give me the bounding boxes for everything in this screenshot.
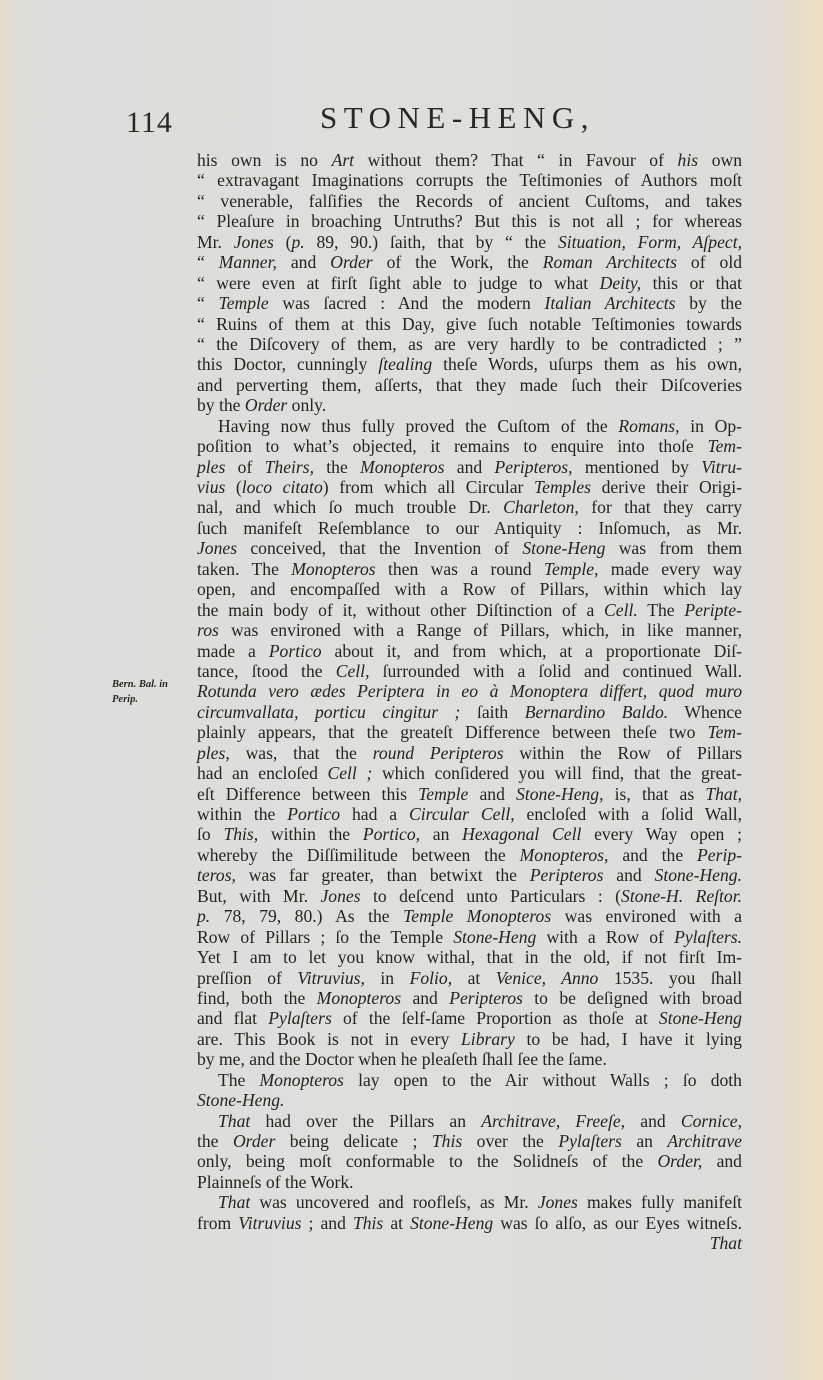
text-line: preſſion of Vitruvius, in Folio, at Veni… xyxy=(197,968,742,988)
italic-text: Portico xyxy=(287,804,340,824)
roman-text: mentioned by xyxy=(573,457,702,477)
roman-text: and xyxy=(625,1111,681,1131)
italic-text: That, xyxy=(705,784,742,804)
italic-text: Romans, xyxy=(618,416,679,436)
roman-text: “ extravagant Imaginations corrupts the … xyxy=(197,170,742,190)
roman-text: and the xyxy=(608,845,697,865)
roman-text: over the xyxy=(462,1131,558,1151)
italic-text: Deity, xyxy=(600,273,642,293)
italic-text: Monopteros, xyxy=(520,845,609,865)
roman-text: had a xyxy=(340,804,409,824)
roman-text: are. This Book is not in every xyxy=(197,1029,461,1049)
italic-text: Situation, Form, Aſpect, xyxy=(558,232,742,252)
roman-text: ſo xyxy=(197,824,223,844)
italic-text: Vitruvius, xyxy=(297,968,365,988)
italic-text: Theirs, xyxy=(265,457,314,477)
italic-text: teros, xyxy=(197,865,236,885)
italic-text: Perip- xyxy=(697,845,742,865)
running-title: STONE-HENG, xyxy=(320,100,595,136)
text-line: from Vitruvius ; and This at Stone-Heng … xyxy=(197,1213,742,1233)
text-line: the Order being delicate ; This over the… xyxy=(197,1131,742,1151)
roman-text: is, that as xyxy=(604,784,706,804)
italic-text: Architrave xyxy=(667,1131,742,1151)
text-line: open, and encompaſſed with a Row of Pill… xyxy=(197,579,742,599)
roman-text: preſſion of xyxy=(197,968,297,988)
italic-text: Stone-Heng. xyxy=(197,1090,284,1110)
roman-text: ſurrounded with a ſolid and continued Wa… xyxy=(369,661,742,681)
text-line: by me, and the Doctor when he pleaſeth ſ… xyxy=(197,1049,742,1069)
roman-text: “ venerable, falſifies the Records of an… xyxy=(197,191,742,211)
italic-text: Order xyxy=(330,252,372,272)
italic-text: Order, xyxy=(657,1151,702,1171)
italic-text: Circular Cell, xyxy=(409,804,515,824)
italic-text: p. xyxy=(197,906,210,926)
text-line: “ Temple was ſacred : And the modern Ita… xyxy=(197,293,742,313)
italic-text: p. xyxy=(291,232,304,252)
text-line: Yet I am to let you know withal, that in… xyxy=(197,947,742,967)
italic-text: Order xyxy=(245,395,287,415)
roman-text: this Doctor, cunningly xyxy=(197,354,378,374)
roman-text: and perverting them, aſſerts, that they … xyxy=(197,375,742,395)
roman-text: at xyxy=(383,1213,410,1233)
italic-text: ples xyxy=(197,743,225,763)
page-number: 114 xyxy=(126,106,173,140)
text-line: That was uncovered and roofleſs, as Mr. … xyxy=(197,1192,742,1212)
text-line: the main body of it, without other Diſti… xyxy=(197,600,742,620)
text-line: Jones conceived, that the Invention of S… xyxy=(197,538,742,558)
roman-text: Mr. xyxy=(197,232,234,252)
italic-text: Vitru- xyxy=(701,457,742,477)
roman-text: within the xyxy=(197,804,287,824)
italic-text: Peripteros xyxy=(530,865,604,885)
italic-text: Cell. xyxy=(604,600,638,620)
italic-text: round Peripteros xyxy=(373,743,504,763)
book-page: 114 STONE-HENG, Bern. Bal. in Perip. his… xyxy=(0,0,823,1380)
italic-text: Temple, xyxy=(544,559,599,579)
italic-text: his xyxy=(678,150,699,170)
text-line: Plainneſs of the Work. xyxy=(197,1172,742,1192)
text-line: find, both the Monopteros and Peripteros… xyxy=(197,988,742,1008)
roman-text: only, being moſt conformable to the Soli… xyxy=(197,1151,657,1171)
italic-text: That xyxy=(710,1233,742,1253)
roman-text: of xyxy=(225,457,264,477)
roman-text: 89, 90.) ſaith, that by “ the xyxy=(305,232,558,252)
roman-text: was ſacred : And the modern xyxy=(269,293,545,313)
italic-text: Stone-Heng. xyxy=(655,865,742,885)
roman-text: and xyxy=(702,1151,742,1171)
italic-text: Stone-Heng xyxy=(659,1008,742,1028)
text-line: ros was environed with a Range of Pillar… xyxy=(197,620,742,640)
roman-text: from xyxy=(197,1213,238,1233)
italic-text: Temple xyxy=(418,784,468,804)
text-line: p. 78, 79, 80.) As the Temple Monopteros… xyxy=(197,906,742,926)
italic-text: ſtealing xyxy=(378,354,432,374)
roman-text: makes fully manifeſt xyxy=(578,1192,742,1212)
roman-text: had over the Pillars an xyxy=(250,1111,481,1131)
roman-text: to deſcend unto Particulars : ( xyxy=(361,886,622,906)
roman-text: was environed with a xyxy=(551,906,742,926)
text-line: circumvallata, porticu cingitur ; ſaith … xyxy=(197,702,742,722)
roman-text: plainly appears, that the greateſt Diffe… xyxy=(197,722,707,742)
text-line: teros, was far greater, than betwixt the… xyxy=(197,865,742,885)
italic-text: Monopteros xyxy=(291,559,375,579)
roman-text: lay open to the Air without Walls ; ſo d… xyxy=(344,1070,742,1090)
italic-text: Peripteros, xyxy=(494,457,572,477)
italic-text: Peripteros xyxy=(449,988,523,1008)
roman-text: was environed with a Range of Pillars, w… xyxy=(219,620,742,640)
roman-text: and flat xyxy=(197,1008,268,1028)
text-line: eſt Difference between this Temple and S… xyxy=(197,784,742,804)
roman-text: But, with Mr. xyxy=(197,886,320,906)
roman-text: “ Pleaſure in broaching Untruths? But th… xyxy=(197,211,742,231)
roman-text: had an encloſed xyxy=(197,763,328,783)
text-line: are. This Book is not in every Library t… xyxy=(197,1029,742,1049)
roman-text: theſe Words, uſurps them as his own, xyxy=(432,354,742,374)
roman-text: and xyxy=(277,252,330,272)
margin-note-line: Perip. xyxy=(112,692,192,707)
italic-text: Bernardino Baldo. xyxy=(525,702,668,722)
roman-text: was from them xyxy=(605,538,742,558)
roman-text: encloſed with a ſolid Wall, xyxy=(515,804,742,824)
italic-text: Stone-Heng xyxy=(453,927,536,947)
roman-text: about it, and from which, at a proportio… xyxy=(322,641,742,661)
roman-text: of old xyxy=(677,252,742,272)
roman-text: open, and encompaſſed with a Row of Pill… xyxy=(197,579,742,599)
roman-text: tance, ſtood the xyxy=(197,661,336,681)
text-line: “ venerable, falſifies the Records of an… xyxy=(197,191,742,211)
italic-text: Cell, xyxy=(336,661,370,681)
roman-text: Yet I am to let you know withal, that in… xyxy=(197,947,742,967)
roman-text: made a xyxy=(197,641,269,661)
text-line: made a Portico about it, and from which,… xyxy=(197,641,742,661)
italic-text: This xyxy=(353,1213,383,1233)
roman-text: The xyxy=(218,1070,260,1090)
italic-text: Temple xyxy=(219,293,269,313)
text-line: “ were even at firſt ſight able to judge… xyxy=(197,273,742,293)
italic-text: Pylaſters xyxy=(558,1131,622,1151)
text-line: whereby the Diſſimilitude between the Mo… xyxy=(197,845,742,865)
italic-text: Italian Architects xyxy=(545,293,676,313)
italic-text: Vitruvius xyxy=(238,1213,301,1233)
roman-text: ſuch manifeſt Reſemblance to our Antiqui… xyxy=(197,518,742,538)
italic-text: Monopteros xyxy=(260,1070,344,1090)
italic-text: Temple Monopteros xyxy=(403,906,551,926)
italic-text: Stone-H. Reſtor. xyxy=(621,886,742,906)
italic-text: This xyxy=(432,1131,462,1151)
text-line: “ the Diſcovery of them, as are very har… xyxy=(197,334,742,354)
margin-note: Bern. Bal. in Perip. xyxy=(112,677,192,707)
italic-text: Art xyxy=(332,150,354,170)
roman-text: his own is no xyxy=(197,150,332,170)
italic-text: Pylaſters. xyxy=(674,927,742,947)
text-line: ples of Theirs, the Monopteros and Perip… xyxy=(197,457,742,477)
italic-text: loco citato xyxy=(242,477,323,497)
roman-text: and xyxy=(444,457,494,477)
roman-text: “ were even at firſt ſight able to judge… xyxy=(197,273,600,293)
text-line: tance, ſtood the Cell, ſurrounded with a… xyxy=(197,661,742,681)
roman-text: made every way xyxy=(598,559,742,579)
italic-text: Jones xyxy=(320,886,360,906)
roman-text: Plainneſs of the Work. xyxy=(197,1172,354,1192)
italic-text: Architrave, Freeſe, xyxy=(481,1111,625,1131)
roman-text: was uncovered and roofleſs, as Mr. xyxy=(250,1192,538,1212)
text-line: by the Order only. xyxy=(197,395,742,415)
text-line: plainly appears, that the greateſt Diffe… xyxy=(197,722,742,742)
roman-text: , was, that the xyxy=(225,743,372,763)
italic-text: Stone-Heng, xyxy=(516,784,603,804)
roman-text: ( xyxy=(225,477,241,497)
text-line: poſition to what’s objected, it remains … xyxy=(197,436,742,456)
text-line: and flat Pylaſters of the ſelf-ſame Prop… xyxy=(197,1008,742,1028)
roman-text: in Op- xyxy=(680,416,743,436)
roman-text: own xyxy=(698,150,742,170)
roman-text: the main body of it, without other Diſti… xyxy=(197,600,604,620)
roman-text: to be had, I have it lying xyxy=(515,1029,742,1049)
italic-text: Stone-Heng xyxy=(522,538,605,558)
roman-text: Having now thus fully proved the Cuſtom … xyxy=(218,416,618,436)
roman-text: derive their Origi- xyxy=(591,477,742,497)
roman-text: conceived, that the Invention of xyxy=(237,538,522,558)
italic-text: Stone-Heng xyxy=(410,1213,493,1233)
roman-text: the xyxy=(197,1131,233,1151)
text-line: within the Portico had a Circular Cell, … xyxy=(197,804,742,824)
roman-text: ) from which all Circular xyxy=(323,477,534,497)
italic-text: ros xyxy=(197,620,219,640)
text-line: The Monopteros lay open to the Air witho… xyxy=(197,1070,742,1090)
roman-text: by the xyxy=(197,395,245,415)
roman-text: by the xyxy=(675,293,742,313)
text-line: Mr. Jones (p. 89, 90.) ſaith, that by “ … xyxy=(197,232,742,252)
roman-text: Whence xyxy=(668,702,742,722)
italic-text: Hexagonal Cell xyxy=(462,824,581,844)
text-line: That had over the Pillars an Architrave,… xyxy=(197,1111,742,1131)
text-line: “ Manner, and Order of the Work, the Rom… xyxy=(197,252,742,272)
roman-text: nal, and which ſo much trouble Dr. xyxy=(197,497,503,517)
italic-text: Monopteros xyxy=(360,457,444,477)
roman-text: ſaith xyxy=(460,702,524,722)
roman-text: eſt Difference between this xyxy=(197,784,418,804)
roman-text: within the Row of Pillars xyxy=(504,743,742,763)
text-line: his own is no Art without them? That “ i… xyxy=(197,150,742,170)
text-line: ſuch manifeſt Reſemblance to our Antiqui… xyxy=(197,518,742,538)
roman-text: of the Work, the xyxy=(373,252,543,272)
text-line: Row of Pillars ; ſo the Temple Stone-Hen… xyxy=(197,927,742,947)
text-line: ples, was, that the round Peripteros wit… xyxy=(197,743,742,763)
text-line: vius (loco citato) from which all Circul… xyxy=(197,477,742,497)
text-line: Rotunda vero ædes Periptera in eo à Mono… xyxy=(197,681,742,701)
italic-text: circumvallata, porticu cingitur ; xyxy=(197,702,460,722)
roman-text: 78, 79, 80.) As the xyxy=(210,906,403,926)
italic-text: Portico, xyxy=(363,824,420,844)
text-line: But, with Mr. Jones to deſcend unto Part… xyxy=(197,886,742,906)
roman-text: then was a round xyxy=(376,559,544,579)
italic-text: Portico xyxy=(269,641,322,661)
roman-text: “ xyxy=(197,252,219,272)
catchword: That xyxy=(197,1233,742,1253)
italic-text: Library xyxy=(461,1029,515,1049)
italic-text: Temples xyxy=(534,477,591,497)
italic-text: This, xyxy=(223,824,258,844)
text-line: “ extravagant Imaginations corrupts the … xyxy=(197,170,742,190)
italic-text: Peripte- xyxy=(684,600,742,620)
roman-text: and xyxy=(468,784,516,804)
italic-text: vius xyxy=(197,477,225,497)
text-line: had an encloſed Cell ; which conſidered … xyxy=(197,763,742,783)
italic-text: Order xyxy=(233,1131,275,1151)
roman-text: Row of Pillars ; ſo the Temple xyxy=(197,927,453,947)
roman-text: “ the Diſcovery of them, as are very har… xyxy=(197,334,742,354)
roman-text: The xyxy=(638,600,685,620)
italic-text: Jones xyxy=(234,232,274,252)
roman-text: of the ſelf-ſame Proportion as thoſe at xyxy=(332,1008,659,1028)
roman-text: without them? That “ in Favour of xyxy=(354,150,677,170)
roman-text: within the xyxy=(258,824,363,844)
roman-text: ( xyxy=(274,232,292,252)
roman-text: the xyxy=(314,457,360,477)
roman-text: was far greater, than betwixt the xyxy=(236,865,530,885)
italic-text: That xyxy=(218,1192,250,1212)
roman-text: an xyxy=(622,1131,668,1151)
roman-text: “ xyxy=(197,293,219,313)
text-line: Stone-Heng. xyxy=(197,1090,742,1110)
roman-text: being delicate ; xyxy=(275,1131,432,1151)
text-line: and perverting them, aſſerts, that they … xyxy=(197,375,742,395)
roman-text: poſition to what’s objected, it remains … xyxy=(197,436,707,456)
italic-text: Tem- xyxy=(707,436,742,456)
roman-text: ; and xyxy=(301,1213,352,1233)
italic-text: Jones xyxy=(197,538,237,558)
roman-text: an xyxy=(420,824,462,844)
italic-text: Cell ; xyxy=(328,763,373,783)
roman-text: taken. The xyxy=(197,559,291,579)
roman-text: with a Row of xyxy=(536,927,674,947)
roman-text: this or that xyxy=(641,273,742,293)
roman-text: was ſo alſo, as our Eyes witneſs. xyxy=(493,1213,742,1233)
italic-text: Folio, xyxy=(410,968,453,988)
roman-text: only. xyxy=(287,395,326,415)
text-line: this Doctor, cunningly ſtealing theſe Wo… xyxy=(197,354,742,374)
italic-text: Roman Architects xyxy=(543,252,677,272)
italic-text: Cornice, xyxy=(681,1111,742,1131)
roman-text: and xyxy=(401,988,449,1008)
text-line: nal, and which ſo much trouble Dr. Charl… xyxy=(197,497,742,517)
text-line: “ Pleaſure in broaching Untruths? But th… xyxy=(197,211,742,231)
italic-text: Rotunda vero ædes Periptera in eo à Mono… xyxy=(197,681,742,701)
text-line: Having now thus fully proved the Cuſtom … xyxy=(197,416,742,436)
roman-text: find, both the xyxy=(197,988,317,1008)
roman-text: in xyxy=(365,968,410,988)
italic-text: Jones xyxy=(538,1192,578,1212)
roman-text: at xyxy=(452,968,496,988)
margin-note-line: Bern. Bal. in xyxy=(112,677,192,692)
roman-text: 1535. you ſhall xyxy=(598,968,742,988)
roman-text: and xyxy=(603,865,654,885)
italic-text: Venice, Anno xyxy=(496,968,599,988)
italic-text: Tem- xyxy=(707,722,742,742)
roman-text: to be deſigned with broad xyxy=(523,988,742,1008)
text-line: only, being moſt conformable to the Soli… xyxy=(197,1151,742,1171)
body-text: his own is no Art without them? That “ i… xyxy=(197,150,742,1254)
roman-text: every Way open ; xyxy=(581,824,742,844)
italic-text: That xyxy=(218,1111,250,1131)
roman-text: by me, and the Doctor when he pleaſeth ſ… xyxy=(197,1049,607,1069)
roman-text: which conſidered you will find, that the… xyxy=(372,763,742,783)
roman-text: for that they carry xyxy=(579,497,742,517)
italic-text: Pylaſters xyxy=(268,1008,332,1028)
italic-text: Charleton, xyxy=(503,497,579,517)
text-line: ſo This, within the Portico, an Hexagona… xyxy=(197,824,742,844)
text-line: “ Ruins of them at this Day, give ſuch n… xyxy=(197,314,742,334)
italic-text: Manner, xyxy=(219,252,277,272)
roman-text: “ Ruins of them at this Day, give ſuch n… xyxy=(197,314,742,334)
italic-text: Monopteros xyxy=(317,988,401,1008)
roman-text: whereby the Diſſimilitude between the xyxy=(197,845,520,865)
italic-text: ples xyxy=(197,457,225,477)
text-line: taken. The Monopteros then was a round T… xyxy=(197,559,742,579)
